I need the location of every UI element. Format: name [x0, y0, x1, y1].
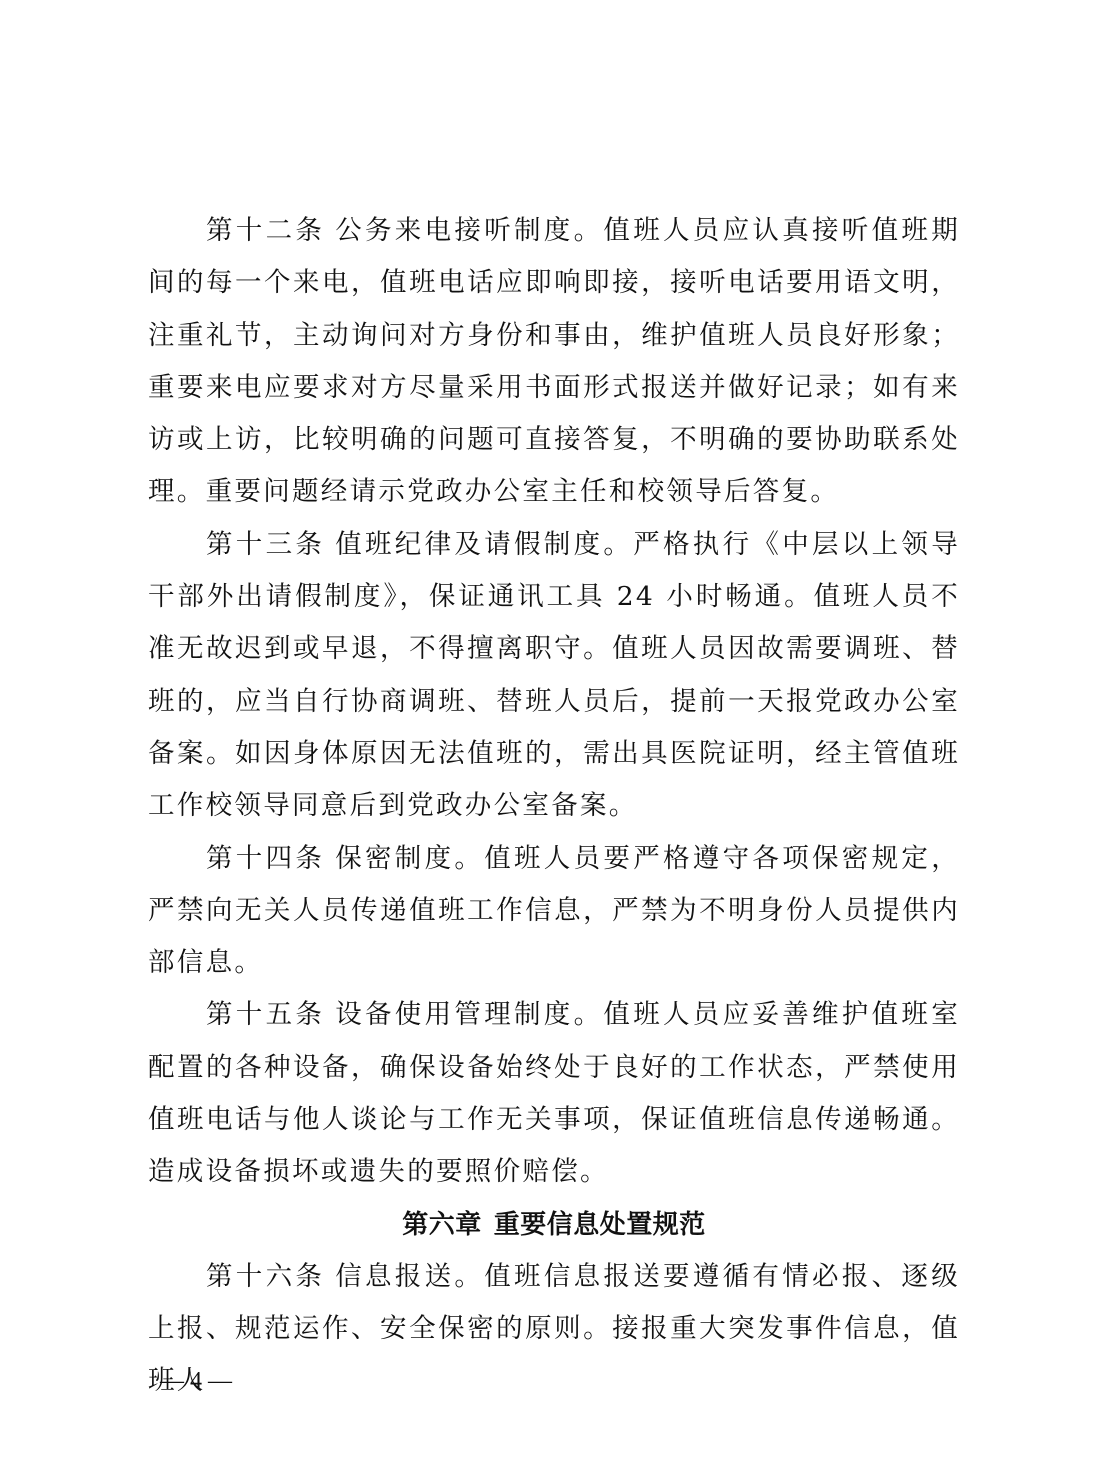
- chapter-heading: 第六章重要信息处置规范: [148, 1199, 960, 1251]
- article-text: 值班纪律及请假制度。严格执行《中层以上领导干部外出请假制度》，保证通讯工具 24…: [148, 529, 960, 821]
- article-number: 第十四条: [206, 843, 325, 874]
- chapter-number: 第六章: [402, 1210, 482, 1240]
- article-number: 第十六条: [206, 1261, 325, 1292]
- article-number: 第十五条: [206, 999, 325, 1030]
- article-number: 第十二条: [206, 215, 325, 246]
- article-16: 第十六条信息报送。值班信息报送要遵循有情必报、逐级上报、规范运作、安全保密的原则…: [148, 1251, 960, 1408]
- document-page: 第十二条公务来电接听制度。值班人员应认真接听值班期间的每一个来电，值班电话应即响…: [148, 205, 960, 1408]
- article-number: 第十三条: [206, 529, 325, 560]
- article-13: 第十三条值班纪律及请假制度。严格执行《中层以上领导干部外出请假制度》，保证通讯工…: [148, 519, 960, 833]
- page-number: — 4 —: [160, 1368, 232, 1395]
- article-15: 第十五条设备使用管理制度。值班人员应妥善维护值班室配置的各种设备，确保设备始终处…: [148, 989, 960, 1198]
- article-12: 第十二条公务来电接听制度。值班人员应认真接听值班期间的每一个来电，值班电话应即响…: [148, 205, 960, 519]
- chapter-title: 重要信息处置规范: [494, 1210, 706, 1240]
- article-text: 公务来电接听制度。值班人员应认真接听值班期间的每一个来电，值班电话应即响即接，接…: [148, 215, 960, 507]
- article-14: 第十四条保密制度。值班人员要严格遵守各项保密规定，严禁向无关人员传递值班工作信息…: [148, 833, 960, 990]
